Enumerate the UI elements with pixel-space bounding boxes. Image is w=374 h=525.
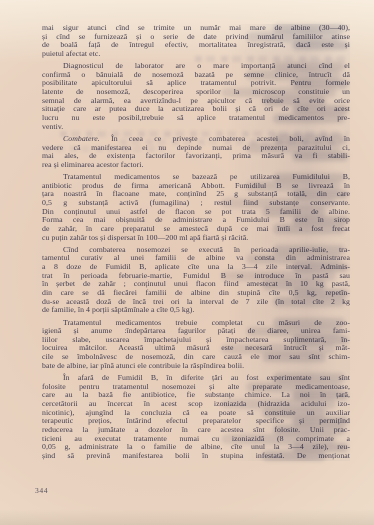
text-line: cu puțin zahăr tos și dispersat în 100—2… xyxy=(42,234,350,243)
text-line: rea și eliminarea acestor factori. xyxy=(42,161,350,170)
paragraph: Cînd combaterea nosemozei se execută în … xyxy=(42,246,350,315)
text-line: lucru nu este posibil,trebuie să aplice … xyxy=(42,114,350,123)
text-line: ventiv. xyxy=(42,123,350,132)
paragraph: Tratamentul medicamentos trebuie complet… xyxy=(42,319,350,371)
paragraph: mai sigur atunci cînd se trimite un numă… xyxy=(42,24,350,59)
paragraph: În afară de Fumidil B, în diferite țări … xyxy=(42,374,350,461)
text-line: bate de albine, iar pînă atunci ele cont… xyxy=(42,362,350,371)
italic-lead: Combatere. xyxy=(63,134,100,143)
paragraph: Tratamentul medicamentos se bazează pe u… xyxy=(42,173,350,242)
text-line: de familie, în 4 porții săptămînale a cî… xyxy=(42,306,350,315)
body-text: mai sigur atunci cînd se trimite un numă… xyxy=(42,24,350,461)
book-page: mai sigur atunci cînd se trimite un numă… xyxy=(0,0,374,525)
page-number: 344 xyxy=(35,486,48,495)
paragraph: Diagnosticul de laborator are o mare imp… xyxy=(42,62,350,131)
text-line: puietul afectat etc. xyxy=(42,50,350,59)
text-line: șind să prevină manifestarea bolii în st… xyxy=(42,452,350,461)
paragraph: Combatere. În ceea ce privește combatere… xyxy=(42,135,350,170)
